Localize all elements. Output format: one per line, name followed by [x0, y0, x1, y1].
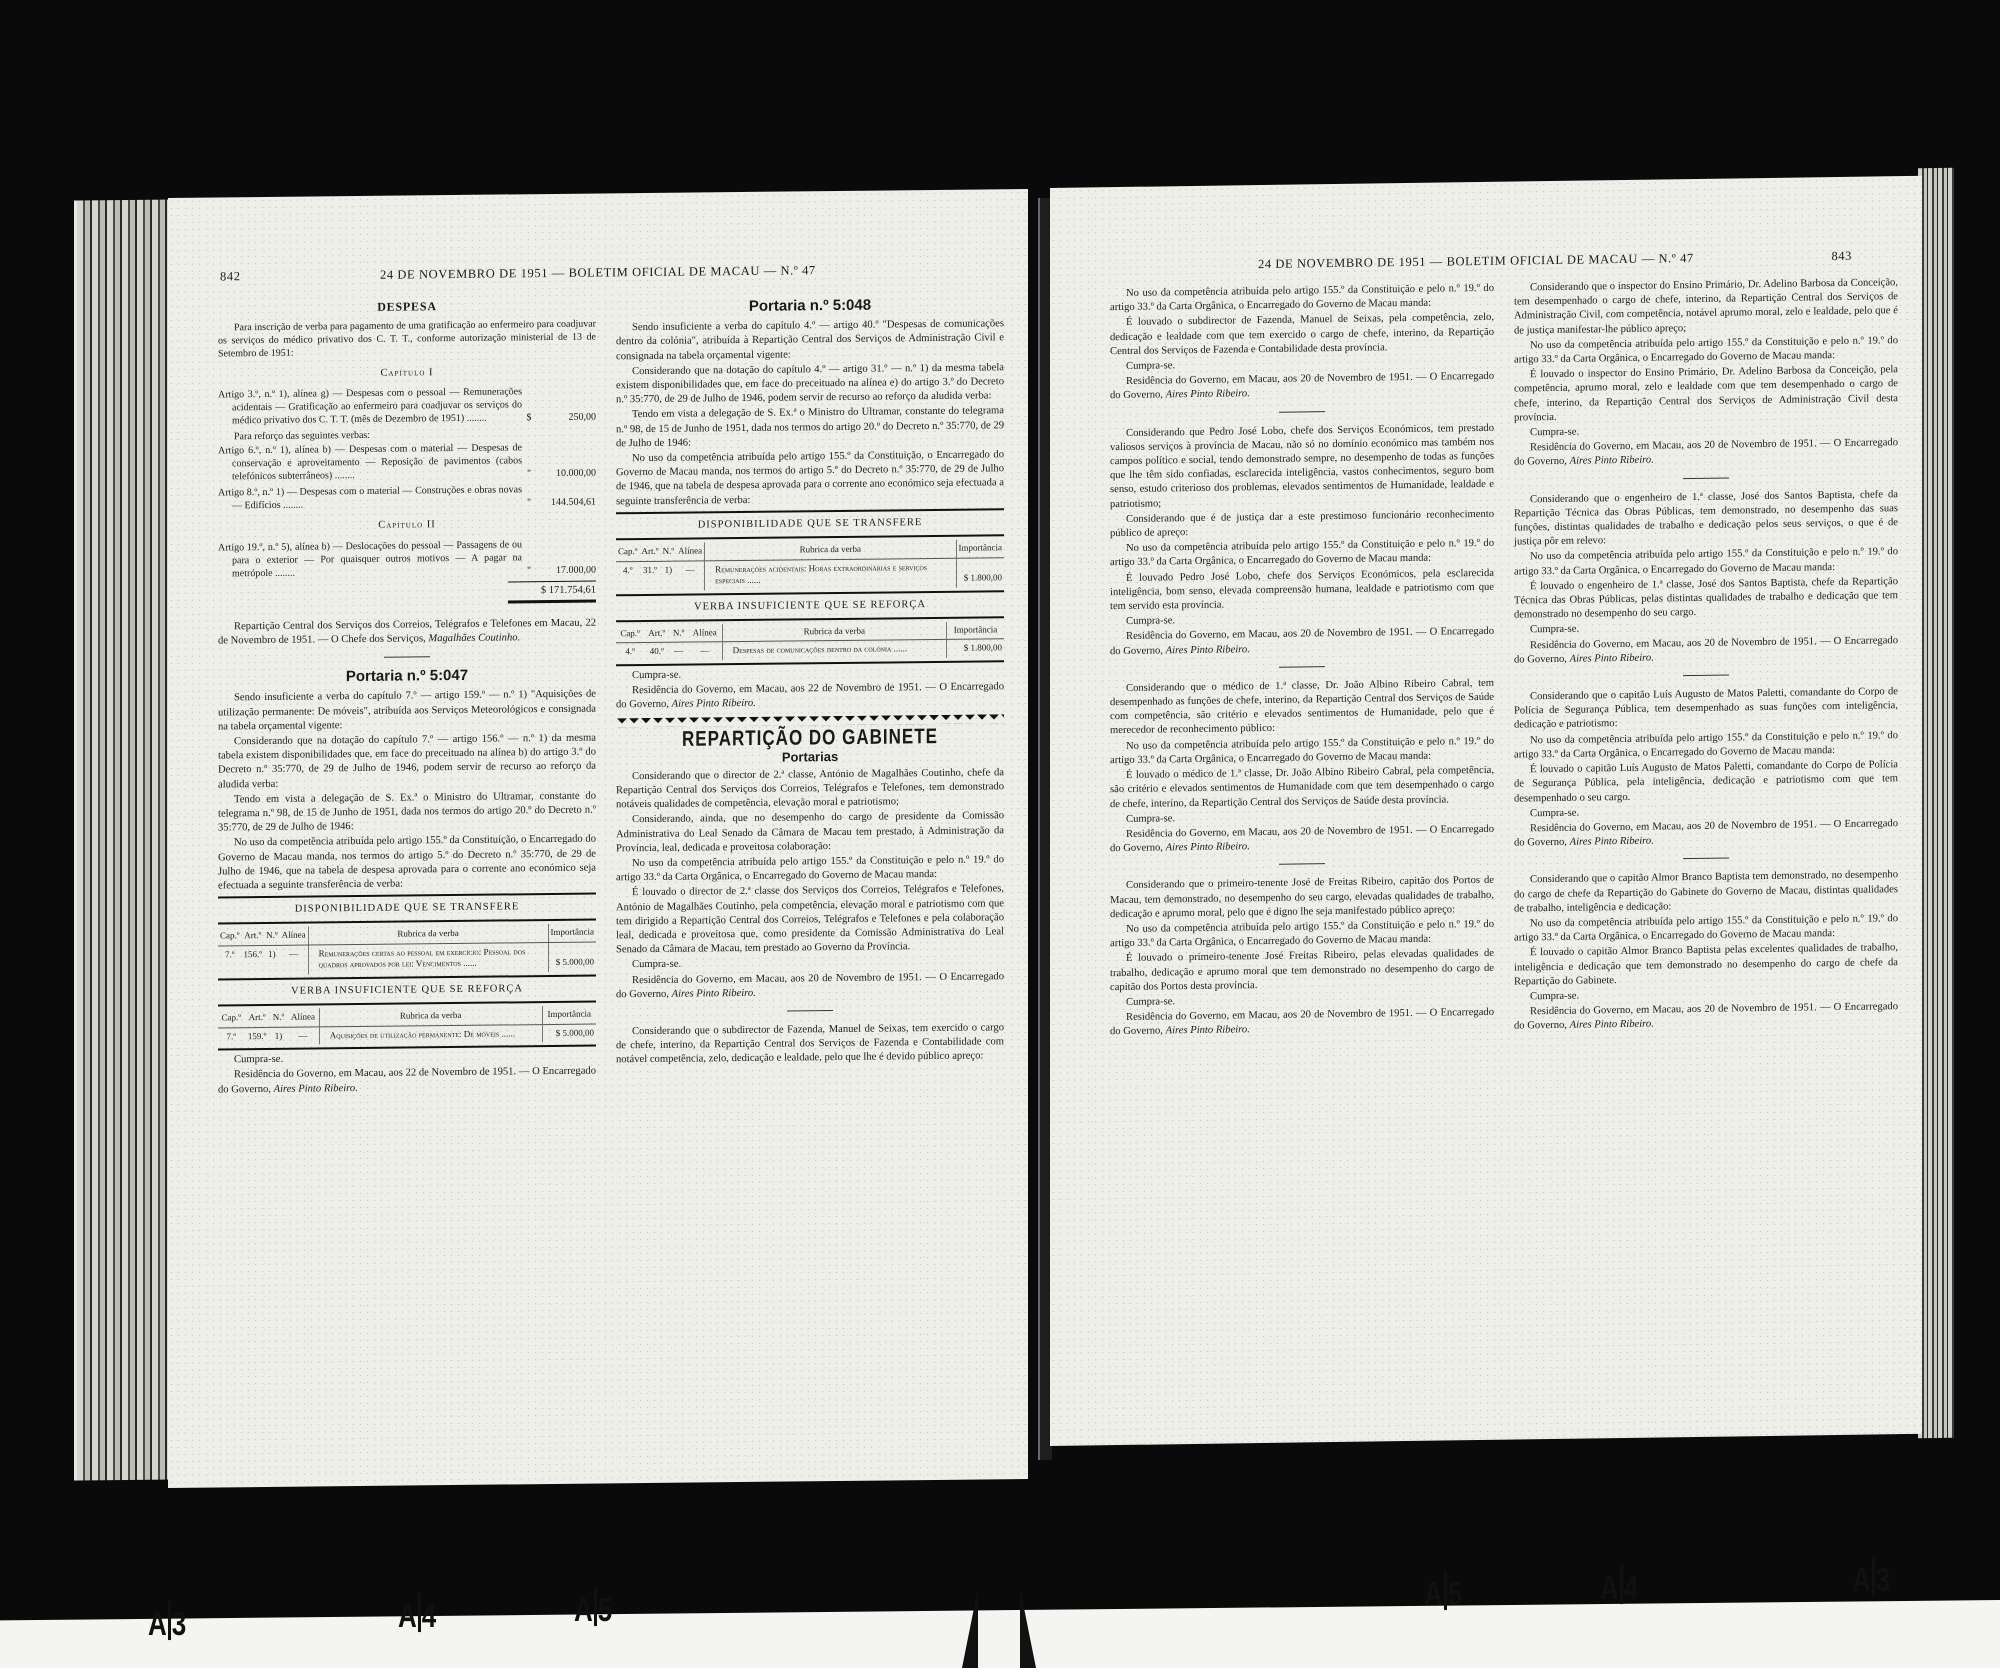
running-head-title: 24 de Novembro de 1951 — Boletim Oficial… — [1258, 251, 1694, 272]
table-cell: $ 1.800,00 — [947, 639, 1004, 658]
verba-table-title: Verba insuficiente que se reforça — [218, 979, 596, 1001]
budget-item-currency: " — [522, 497, 536, 510]
table-cell: Remunerações certas ao pessoal em exercí… — [308, 942, 548, 974]
film-marker-number: 5 — [1448, 1574, 1462, 1613]
table-cell: — — [280, 945, 309, 975]
film-target-strip — [0, 1600, 2000, 1668]
table-cell: 4.º — [616, 561, 640, 591]
paragraph: No uso da competência atribuída pelo art… — [1514, 546, 1898, 580]
paragraph: É louvado o primeiro-tenente José Freita… — [1110, 947, 1494, 995]
paragraph: No uso da competência atribuída pelo art… — [1110, 918, 1494, 952]
signer-name: Aires Pinto Ribeiro. — [1570, 1019, 1654, 1031]
table-header-cell: Cap.º — [616, 625, 644, 643]
gabinete-portaria: Considerando que o inspector do Ensino P… — [1514, 276, 1898, 470]
film-marker-letter: A — [1600, 1568, 1619, 1607]
paragraph: Considerando que o capitão Almor Branco … — [1514, 868, 1898, 916]
film-marker-bar — [168, 1601, 171, 1640]
table-header-cell: Importância — [542, 1006, 596, 1025]
table-cell: 159.º — [244, 1027, 269, 1045]
table-cell: 40.º — [644, 642, 669, 660]
film-marker-number: 4 — [1624, 1568, 1638, 1607]
table-cell: 7.º — [218, 946, 242, 976]
paragraph: Considerando que o capitão Luís Augusto … — [1514, 685, 1898, 733]
paragraph: No uso da competência atribuída pelo art… — [1514, 729, 1898, 763]
paragraph: No uso da competência atribuída pelo art… — [616, 448, 1004, 509]
paragraph: É louvado o capitão Luís Augusto de Mato… — [1514, 758, 1898, 806]
verba-table: Cap.ºArt.ºN.ºAlíneaRubrica da verbaImpor… — [616, 539, 1004, 591]
table-cell: Aquisições de utilização permanente: De … — [319, 1024, 542, 1044]
film-marker-number: 3 — [172, 1604, 186, 1643]
table-cell: $ 1.800,00 — [956, 557, 1004, 587]
budget-line-item: Artigo 8.º, n.º 1) — Despesas com o mate… — [218, 483, 596, 513]
verba-table-block: Disponibilidade que se transfereCap.ºArt… — [218, 893, 596, 976]
table-header-cell: N.º — [270, 1009, 287, 1027]
paragraph: É louvado o médico de 1.ª classe, Dr. Jo… — [1110, 764, 1494, 812]
gabinete-portaria: Considerando que o engenheiro de 1.ª cla… — [1514, 488, 1898, 668]
verba-table: Cap.ºArt.ºN.ºAlíneaRubrica da verbaImpor… — [218, 1006, 596, 1046]
table-header-cell: Art.º — [640, 543, 661, 561]
separator — [1683, 858, 1729, 860]
table-header-cell: Importância — [548, 924, 596, 943]
signoff-name: Magalhães Coutinho. — [428, 632, 520, 644]
verba-table-block: Disponibilidade que se transfereCap.ºArt… — [616, 508, 1004, 591]
signer-name: Aires Pinto Ribeiro. — [672, 988, 756, 1000]
table-header-cell: Cap.º — [218, 928, 242, 946]
residencia-signoff: Residência do Governo, em Macau, aos 20 … — [1514, 634, 1898, 668]
paragraph: Considerando que o inspector do Ensino P… — [1514, 276, 1898, 338]
paragraph: Tendo em vista a delegação de S. Ex.ª o … — [218, 789, 596, 836]
right-page: 24 de Novembro de 1951 — Boletim Oficial… — [1050, 176, 1922, 1446]
film-marker: A5 — [574, 1587, 612, 1630]
table-cell: 7.º — [218, 1027, 244, 1045]
residencia-signoff: Residência do Governo, em Macau, aos 20 … — [1110, 823, 1494, 857]
film-marker-letter: A — [1424, 1574, 1443, 1613]
table-header-cell: Importância — [947, 621, 1004, 640]
residencia-signoff: Residência do Governo, em Macau, aos 20 … — [1110, 1006, 1494, 1040]
despesa-heading: DESPESA — [218, 298, 596, 316]
table-header-cell: Alínea — [287, 1009, 319, 1027]
portaria-5048: Portaria n.º 5:048Sendo insuficiente a v… — [616, 297, 1004, 712]
paragraph: Considerando que o médico de 1.ª classe,… — [1110, 677, 1494, 739]
film-marker: A4 — [398, 1593, 436, 1636]
table-cell: 1) — [270, 1027, 287, 1045]
signer-name: Aires Pinto Ribeiro. — [1570, 652, 1654, 664]
capitulo-heading: Capítulo I — [218, 365, 596, 383]
residencia-signoff: Residência do Governo, em Macau, aos 20 … — [1514, 436, 1898, 470]
table-header-cell: Art.º — [242, 927, 265, 945]
table-row: 7.º156.º1)—Remunerações certas ao pessoa… — [218, 942, 596, 975]
section-title: REPARTIÇÃO DO GABINETE — [616, 728, 1004, 750]
paragraph: É louvado o subdirector de Fazenda, Manu… — [1110, 311, 1494, 359]
table-header-cell: N.º — [669, 624, 688, 642]
separator — [1279, 863, 1325, 865]
paragraph: É louvado o inspector do Ensino Primário… — [1514, 363, 1898, 425]
film-marker-bar — [1620, 1565, 1623, 1604]
signer-name: Aires Pinto Ribeiro. — [1166, 841, 1250, 853]
budget-items-cap1: Artigo 3.º, n.º 1), alínea g) — Despesas… — [218, 385, 596, 428]
paragraph: No uso da competência atribuída pelo art… — [1514, 912, 1898, 946]
film-marker-letter: A — [574, 1590, 593, 1629]
signer-name: Aires Pinto Ribeiro. — [1166, 389, 1250, 401]
table-header-cell: Rubrica da verba — [722, 622, 946, 642]
signer-name: Aires Pinto Ribeiro. — [672, 698, 756, 710]
paragraph: No uso da competência atribuída pelo art… — [1110, 282, 1494, 316]
table-cell: 4.º — [616, 643, 644, 661]
budget-items-reforco: Artigo 6.º, n.º 1), alínea b) — Despesas… — [218, 441, 596, 513]
paragraph: Tendo em vista a delegação de S. Ex.ª o … — [616, 405, 1004, 452]
paragraph: Considerando que na dotação do capítulo … — [218, 732, 596, 793]
paragraph: Considerando que é de justiça dar a este… — [1110, 508, 1494, 542]
table-cell: 156.º — [242, 945, 265, 975]
table-header-cell: Alínea — [676, 542, 705, 560]
budget-item-amount: 144.504,61 — [536, 496, 596, 510]
budget-item-currency: " — [522, 468, 536, 481]
table-row: 4.º40.º——Despesas de comunicações dentro… — [616, 639, 1004, 661]
residencia-signoff: Residência do Governo, em Macau, aos 20 … — [1514, 817, 1898, 851]
despesa-intro: Para inscrição de verba para pagamento d… — [218, 318, 596, 361]
table-header-cell: Art.º — [244, 1009, 269, 1027]
gabinete-portaria: No uso da competência atribuída pelo art… — [1110, 282, 1494, 404]
film-marker-letter: A — [1852, 1560, 1871, 1599]
budget-item-amount: 10.000,00 — [536, 467, 596, 481]
film-marker-bar — [418, 1593, 421, 1632]
verba-table-block: Verba insuficiente que se reforçaCap.ºAr… — [218, 974, 596, 1045]
film-marker: A3 — [148, 1601, 186, 1644]
table-cell: $ 5.000,00 — [548, 942, 596, 972]
film-marker: A4 — [1600, 1565, 1638, 1608]
budget-item-currency: $ — [522, 412, 536, 425]
paragraph: Considerando que o primeiro-tenente José… — [1110, 874, 1494, 922]
paragraph: É louvado o capitão Almor Branco Baptist… — [1514, 941, 1898, 989]
book-page-edges-left — [74, 199, 174, 1480]
gabinete-portaria: Considerando que Pedro José Lobo, chefe … — [1110, 421, 1494, 659]
table-cell: 1) — [264, 945, 280, 975]
budget-item-description: Artigo 8.º, n.º 1) — Despesas com o mate… — [218, 484, 522, 513]
paragraph: Sendo insuficiente a verba do capítulo 7… — [218, 688, 596, 735]
signer-name: Aires Pinto Ribeiro. — [274, 1083, 358, 1095]
budget-line-item: Artigo 6.º, n.º 1), alínea b) — Despesas… — [218, 441, 596, 484]
verba-table-title: Disponibilidade que se transfere — [616, 513, 1004, 535]
paragraph: No uso da competência atribuída pelo art… — [1110, 537, 1494, 571]
film-marker-bar — [594, 1587, 597, 1626]
budget-item-amount: 17.000,00 — [536, 563, 596, 577]
verba-table: Cap.ºArt.ºN.ºAlíneaRubrica da verbaImpor… — [218, 924, 596, 975]
table-row: 7.º159.º1)—Aquisições de utilização perm… — [218, 1024, 596, 1046]
page-number: 843 — [1831, 249, 1852, 264]
portaria-title: Portaria n.º 5:048 — [616, 297, 1004, 315]
budget-total: $ 171.754,61 — [508, 580, 596, 603]
residencia-signoff: Residência do Governo, em Macau, aos 20 … — [1514, 1000, 1898, 1034]
table-cell: 31.º — [640, 561, 661, 591]
paragraph: Considerando que o director de 2.ª class… — [616, 766, 1004, 813]
film-marker-letter: A — [398, 1596, 417, 1635]
film-marker-bar — [1444, 1571, 1447, 1610]
budget-line-item: Artigo 19.º, n.º 5), alínea b) — Desloca… — [218, 537, 596, 580]
table-header-cell: Rubrica da verba — [319, 1006, 542, 1026]
running-head-left: 842 24 de Novembro de 1951 — Boletim Ofi… — [168, 261, 1028, 270]
film-marker: A5 — [1424, 1571, 1462, 1614]
verba-table-title: Verba insuficiente que se reforça — [616, 595, 1004, 617]
table-cell: — — [676, 560, 705, 590]
left-page: 842 24 de Novembro de 1951 — Boletim Ofi… — [168, 189, 1028, 1488]
page-number: 842 — [220, 269, 241, 284]
budget-item-description: Artigo 19.º, n.º 5), alínea b) — Desloca… — [218, 538, 522, 580]
left-page-column-2: Portaria n.º 5:048Sendo insuficiente a v… — [616, 289, 1004, 1069]
table-row: 4.º31.º1)—Remunerações acidentais: Horas… — [616, 557, 1004, 591]
budget-item-description: Artigo 6.º, n.º 1), alínea b) — Despesas… — [218, 442, 522, 484]
separator — [787, 1010, 833, 1011]
gabinete-portaria: Considerando que o director de 2.ª class… — [616, 766, 1004, 1002]
section-subtitle: Portarias — [616, 748, 1004, 766]
separator — [1683, 477, 1729, 479]
paragraph: Considerando, ainda, que no desempenho d… — [616, 810, 1004, 857]
separator — [1279, 666, 1325, 668]
paragraph: Considerando que na dotação do capítulo … — [616, 361, 1004, 408]
film-marker-bar — [1872, 1557, 1875, 1596]
separator — [384, 656, 430, 657]
running-head-title: 24 de Novembro de 1951 — Boletim Oficial… — [380, 263, 816, 283]
signer-name: Aires Pinto Ribeiro. — [1570, 455, 1654, 467]
separator — [1683, 675, 1729, 677]
paragraph: Sendo insuficiente a verba do capítulo 4… — [616, 317, 1004, 364]
budget-item-amount: 250,00 — [536, 411, 596, 425]
paragraph: No uso da competência atribuída pelo art… — [218, 833, 596, 894]
table-cell: — — [287, 1027, 319, 1045]
budget-line-item: Artigo 3.º, n.º 1), alínea g) — Despesas… — [218, 385, 596, 428]
signoff-paragraph: Repartição Central dos Serviços dos Corr… — [218, 616, 596, 648]
table-cell: 1) — [661, 561, 677, 591]
verba-table: Cap.ºArt.ºN.ºAlíneaRubrica da verbaImpor… — [616, 621, 1004, 661]
paragraph: É louvado Pedro José Lobo, chefe dos Ser… — [1110, 566, 1494, 614]
paragraph: Considerando que Pedro José Lobo, chefe … — [1110, 421, 1494, 512]
capitulo-heading: Capítulo II — [218, 517, 596, 535]
table-header-cell: Alínea — [280, 927, 309, 945]
film-marker-number: 4 — [422, 1596, 436, 1635]
residencia-signoff: Residência do Governo, em Macau, aos 22 … — [218, 1065, 596, 1097]
film-marker: A3 — [1852, 1557, 1890, 1600]
paragraph: Considerando que o engenheiro de 1.ª cla… — [1514, 488, 1898, 550]
table-header-cell: Importância — [956, 539, 1004, 558]
paragraph: É louvado o engenheiro de 1.ª classe, Jo… — [1514, 575, 1898, 623]
table-cell: — — [688, 642, 722, 660]
microfilm-frame: 842 24 de Novembro de 1951 — Boletim Ofi… — [0, 0, 2000, 1668]
budget-item-currency: " — [522, 564, 536, 577]
paragraph: No uso da competência atribuída pelo art… — [616, 853, 1004, 885]
film-marker-number: 5 — [598, 1590, 612, 1629]
gabinete-portaria: Considerando que o capitão Luís Augusto … — [1514, 685, 1898, 851]
table-cell: $ 5.000,00 — [542, 1024, 596, 1043]
paragraph: No uso da competência atribuída pelo art… — [1110, 734, 1494, 768]
table-header-cell: Alínea — [688, 624, 722, 642]
gabinete-portaria: Considerando que o capitão Almor Branco … — [1514, 868, 1898, 1034]
budget-item-description: Artigo 3.º, n.º 1), alínea g) — Despesas… — [218, 386, 522, 428]
running-head-right: 24 de Novembro de 1951 — Boletim Oficial… — [1050, 248, 1922, 260]
signer-name: Aires Pinto Ribeiro. — [1570, 836, 1654, 848]
film-marker-letter: A — [148, 1604, 167, 1643]
paragraph: É louvado o director de 2.ª classe dos S… — [616, 883, 1004, 958]
table-header-cell: N.º — [264, 927, 280, 945]
verba-table-block: Verba insuficiente que se reforçaCap.ºAr… — [616, 590, 1004, 661]
film-marker-number: 3 — [1876, 1560, 1890, 1599]
gabinete-portaria: Considerando que o médico de 1.ª classe,… — [1110, 677, 1494, 857]
table-header-cell: Art.º — [644, 624, 669, 642]
paragraph: No uso da competência atribuída pelo art… — [1514, 334, 1898, 368]
left-page-column-1: DESPESA Para inscrição de verba para pag… — [218, 294, 596, 1099]
book-page-edges-right — [1918, 168, 1954, 1438]
residencia-signoff: Residência do Governo, em Macau, aos 22 … — [616, 680, 1004, 712]
signer-name: Aires Pinto Ribeiro. — [1166, 644, 1250, 656]
table-header-cell: Cap.º — [218, 1009, 244, 1027]
gabinete-portaria: Considerando que o primeiro-tenente José… — [1110, 874, 1494, 1040]
table-cell: — — [669, 642, 688, 660]
right-page-column-1: No uso da competência atribuída pelo art… — [1110, 282, 1494, 1041]
signer-name: Aires Pinto Ribeiro. — [1166, 1025, 1250, 1037]
right-page-column-2: Considerando que o inspector do Ensino P… — [1514, 276, 1898, 1035]
portaria-5047: Portaria n.º 5:047Sendo insuficiente a v… — [218, 668, 596, 1098]
portaria-title: Portaria n.º 5:047 — [218, 668, 596, 686]
table-cell: Remunerações acidentais: Horas extraordi… — [705, 558, 956, 590]
paragraph: Considerando que o subdirector de Fazend… — [616, 1021, 1004, 1068]
verba-table-title: Disponibilidade que se transfere — [218, 898, 596, 920]
table-header-cell: Cap.º — [616, 543, 640, 561]
table-cell: Despesas de comunicações dentro da colón… — [722, 640, 946, 660]
residencia-signoff: Residência do Governo, em Macau, aos 20 … — [616, 970, 1004, 1002]
table-header-cell: N.º — [661, 543, 677, 561]
residencia-signoff: Residência do Governo, em Macau, aos 20 … — [1110, 625, 1494, 659]
separator — [1279, 411, 1325, 413]
budget-items-cap2: Artigo 19.º, n.º 5), alínea b) — Desloca… — [218, 537, 596, 580]
residencia-signoff: Residência do Governo, em Macau, aos 20 … — [1110, 370, 1494, 404]
